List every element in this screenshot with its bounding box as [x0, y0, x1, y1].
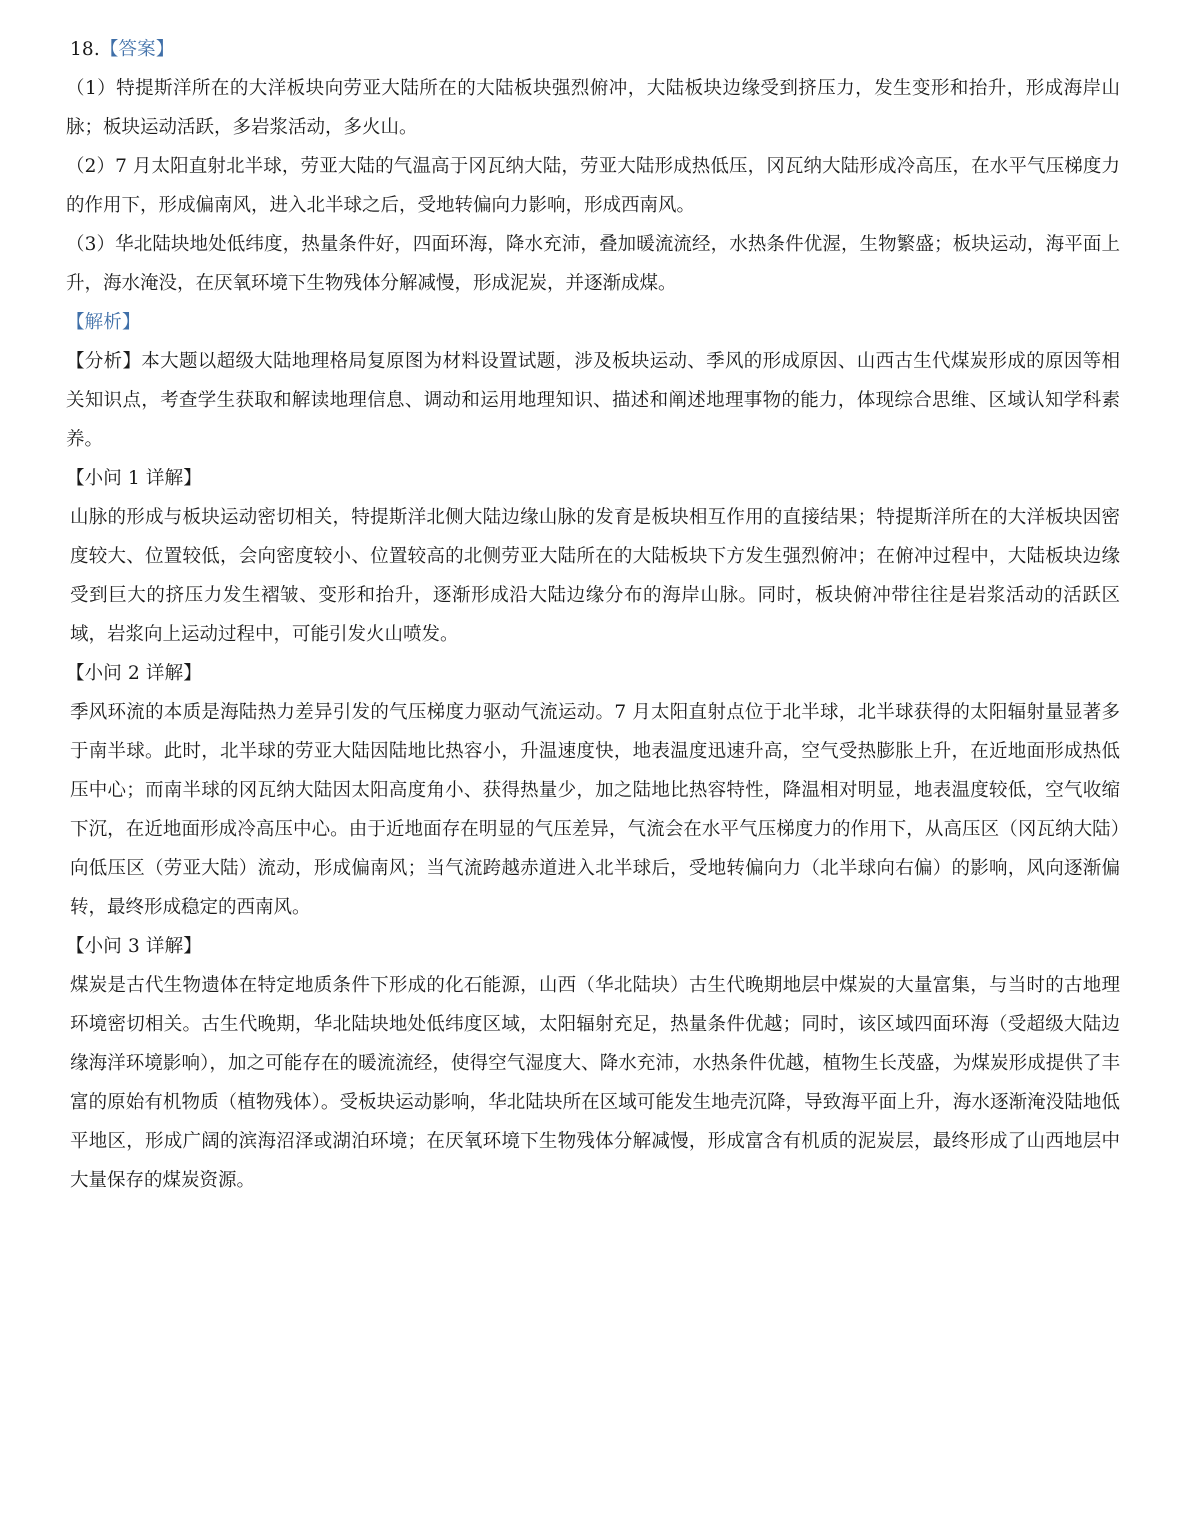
- detail-1-label: 【小问 1 详解】: [66, 459, 1120, 498]
- question-number: 18.: [70, 39, 100, 60]
- question-header: 18.【答案】: [70, 30, 1120, 69]
- analysis-label: 【解析】: [66, 303, 1120, 342]
- detail-3-label: 【小问 3 详解】: [66, 927, 1120, 966]
- answer-part-1: （1）特提斯洋所在的大洋板块向劳亚大陆所在的大陆板块强烈俯冲，大陆板块边缘受到挤…: [66, 69, 1120, 147]
- analysis-overview: 【分析】本大题以超级大陆地理格局复原图为材料设置试题，涉及板块运动、季风的形成原…: [66, 342, 1120, 459]
- document-page: 18.【答案】 （1）特提斯洋所在的大洋板块向劳亚大陆所在的大陆板块强烈俯冲，大…: [70, 30, 1120, 1200]
- detail-2-label: 【小问 2 详解】: [66, 654, 1120, 693]
- detail-3-text: 煤炭是古代生物遗体在特定地质条件下形成的化石能源，山西（华北陆块）古生代晚期地层…: [70, 966, 1120, 1200]
- detail-2-text: 季风环流的本质是海陆热力差异引发的气压梯度力驱动气流运动。7 月太阳直射点位于北…: [70, 693, 1120, 927]
- answer-part-2: （2）7 月太阳直射北半球，劳亚大陆的气温高于冈瓦纳大陆，劳亚大陆形成热低压，冈…: [66, 147, 1120, 225]
- answer-label: 【答案】: [100, 39, 175, 60]
- answer-part-3: （3）华北陆块地处低纬度，热量条件好，四面环海，降水充沛，叠加暖流流经，水热条件…: [66, 225, 1120, 303]
- detail-1-text: 山脉的形成与板块运动密切相关，特提斯洋北侧大陆边缘山脉的发育是板块相互作用的直接…: [70, 498, 1120, 654]
